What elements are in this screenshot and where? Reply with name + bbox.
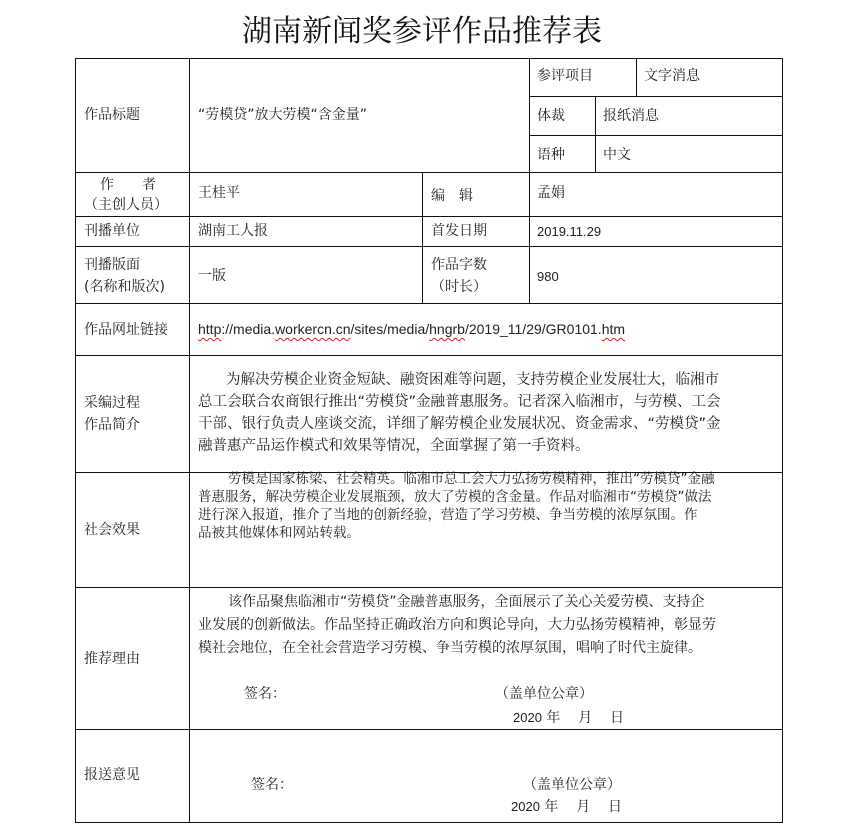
row-divider <box>529 135 783 136</box>
date-year: 2020 <box>513 710 542 725</box>
author-label-line1: 作 者 <box>100 175 156 195</box>
date-day-unit: 日 <box>610 710 624 726</box>
url-link[interactable]: http://media.workercn.cn/sites/media/hng… <box>198 319 625 339</box>
word-count-value: 980 <box>537 267 559 287</box>
process-line: 总工会联合农商银行推出“劳模贷”金融普惠服务。记者深入临湘市，与劳模、工会 <box>198 392 721 412</box>
table-border-right <box>782 58 783 823</box>
language-label: 语种 <box>537 145 565 165</box>
word-count-label-line2: （时长） <box>431 277 487 297</box>
row-divider <box>75 355 783 356</box>
first-date-value: 2019.11.29 <box>537 222 601 242</box>
date-year: 2020 <box>511 799 540 814</box>
row-divider <box>529 96 783 97</box>
word-count-label-line1: 作品字数 <box>431 255 487 275</box>
social-effect-line: 品被其他媒体和网站转载。 <box>198 524 360 542</box>
date-year-unit: 年 <box>546 710 560 726</box>
form-title: 湖南新闻奖参评作品推荐表 <box>0 6 844 50</box>
label-column-divider <box>189 58 190 823</box>
first-date-label: 首发日期 <box>431 221 487 241</box>
table-border-bottom <box>75 822 783 823</box>
page-label-line1: 刊播版面 <box>84 255 140 275</box>
submission-label: 报送意见 <box>84 765 140 785</box>
reason-line: 业发展的创新做法。作品坚持正确政治方向和舆论导向，大力弘扬劳模精神，彰显劳 <box>198 615 716 635</box>
row-divider <box>75 172 783 173</box>
social-effect-line: 进行深入报道，推介了当地的创新经验，营造了学习劳模、争当劳模的浓厚氛围。作 <box>198 506 698 524</box>
url-part: sites <box>354 321 383 337</box>
date-month-unit: 月 <box>578 710 592 726</box>
url-part: hngrb <box>429 321 465 337</box>
social-effect-line: 劳模是国家栋梁、社会精英。临湘市总工会大力弘扬劳模精神，推出“劳模贷”金融 <box>228 470 715 488</box>
language-value: 中文 <box>603 145 631 165</box>
work-title-value: “劳模贷”放大劳模“含金量” <box>198 105 367 125</box>
row-divider <box>75 246 783 247</box>
submission-seal-label: （盖单位公章） <box>523 775 621 795</box>
url-part: /2019_11/29/GR0101. <box>465 321 602 337</box>
work-title-label: 作品标题 <box>84 105 140 125</box>
submission-signature-label: 签名： <box>251 775 293 795</box>
date-month-unit: 月 <box>576 799 590 815</box>
submission-date: 2020 年 月 日 <box>511 797 622 817</box>
col-divider <box>636 58 637 96</box>
editor-value: 孟娟 <box>537 183 565 203</box>
process-label-line2: 作品简介 <box>84 415 140 435</box>
reason-signature-label: 签名： <box>244 684 286 704</box>
category-label: 参评项目 <box>537 66 593 86</box>
process-line: 为解决劳模企业资金短缺、融资困难等问题，支持劳模企业发展壮大，临湘市 <box>226 370 719 390</box>
col-divider <box>529 172 530 303</box>
url-part: http <box>198 321 221 337</box>
social-effect-line: 普惠服务，解决劳模企业发展瓶颈，放大了劳模的含金量。作品对临湘市“劳模贷”做法 <box>198 488 712 506</box>
date-day-unit: 日 <box>608 799 622 815</box>
reason-date: 2020 年 月 日 <box>513 708 624 728</box>
publisher-value: 湖南工人报 <box>198 221 268 241</box>
reason-line: 该作品聚焦临湘市“劳模贷”金融普惠服务，全面展示了关心关爱劳模、支持企 <box>228 592 705 612</box>
table-border-top <box>75 58 783 59</box>
category-value: 文字消息 <box>644 66 700 86</box>
col-divider <box>529 58 530 172</box>
reason-line: 模社会地位，在全社会营造学习劳模、争当劳模的浓厚氛围，唱响了时代主旋律。 <box>198 638 702 658</box>
row-divider <box>75 216 783 217</box>
genre-label: 体裁 <box>537 106 565 126</box>
page-label-line2: (名称和版次) <box>84 277 165 297</box>
row-divider <box>75 729 783 730</box>
col-divider <box>595 96 596 172</box>
social-effect-label: 社会效果 <box>84 520 140 540</box>
editor-label: 编 辑 <box>431 186 473 206</box>
url-part: /media/ <box>383 321 429 337</box>
url-part: ://media. <box>221 321 275 337</box>
table-border-left <box>75 58 76 823</box>
author-label-line2: （主创人员） <box>84 195 168 215</box>
date-year-unit: 年 <box>544 799 558 815</box>
process-line: 干部、银行负责人座谈交流，详细了解劳模企业发展状况、资金需求、“劳模贷”金 <box>198 414 721 434</box>
reason-seal-label: （盖单位公章） <box>495 684 593 704</box>
url-part: workercn.cn <box>275 321 350 337</box>
author-value: 王桂平 <box>198 183 240 203</box>
publisher-label: 刊播单位 <box>84 221 140 241</box>
col-divider <box>422 172 423 303</box>
page-value: 一版 <box>198 266 226 286</box>
row-divider <box>75 587 783 588</box>
url-label: 作品网址链接 <box>84 320 168 340</box>
row-divider <box>75 303 783 304</box>
reason-label: 推荐理由 <box>84 649 140 669</box>
genre-value: 报纸消息 <box>603 106 659 126</box>
url-part: htm <box>602 321 625 337</box>
process-line: 融普惠产品运作模式和效果等情况，全面掌握了第一手资料。 <box>198 436 590 456</box>
process-label-line1: 采编过程 <box>84 393 140 413</box>
